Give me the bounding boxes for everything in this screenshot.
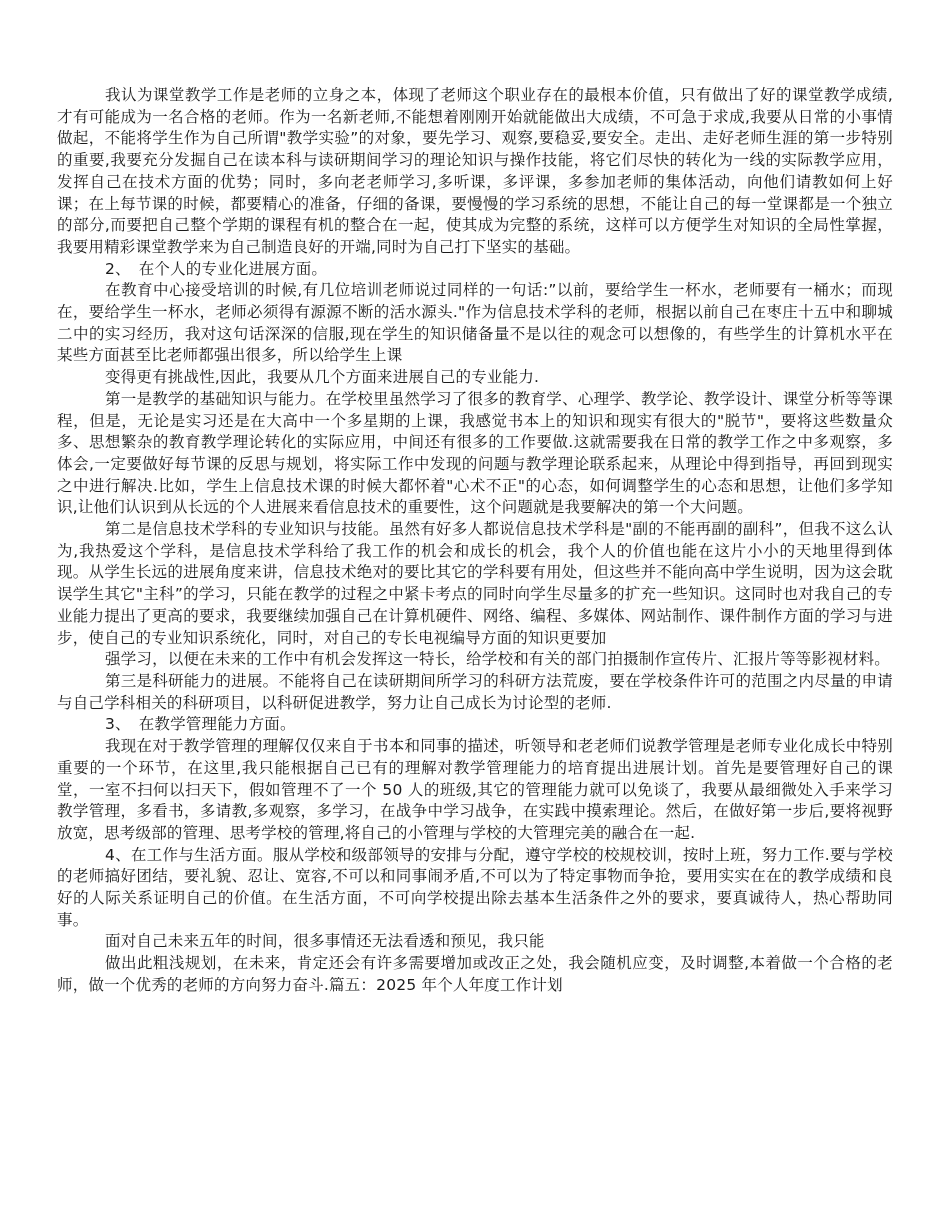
- paragraph: 变得更有挑战性,因此，我要从几个方面来进展自己的专业能力.: [57, 367, 893, 389]
- paragraph: 我认为课堂教学工作是老师的立身之本，体现了老师这个职业存在的最根本价值，只有做出…: [57, 85, 893, 259]
- paragraph: 第一是教学的基础知识与能力。在学校里虽然学习了很多的教育学、心理学、教学论、教学…: [57, 389, 893, 519]
- paragraph: 面对自己未来五年的时间，很多事情还无法看透和预见，我只能: [57, 931, 893, 953]
- paragraph: 强学习，以便在未来的工作中有机会发挥这一特长，给学校和有关的部门拍摄制作宣传片、…: [57, 649, 893, 671]
- paragraph: 在教育中心接受培训的时候,有几位培训老师说过同样的一句话:”以前，要给学生一杯水…: [57, 280, 893, 367]
- paragraph: 第二是信息技术学科的专业知识与技能。虽然有好多人都说信息技术学科是"副的不能再副…: [57, 519, 893, 649]
- paragraph: 第三是科研能力的进展。不能将自己在读研期间所学习的科研方法荒废，要在学校条件许可…: [57, 671, 893, 714]
- paragraph: 做出此粗浅规划，在未来，肯定还会有许多需要增加或改正之处，我会随机应变，及时调整…: [57, 953, 893, 996]
- paragraph: 4、在工作与生活方面。服从学校和级部领导的安排与分配，遵守学校的校规校训，按时上…: [57, 845, 893, 932]
- paragraph: 我现在对于教学管理的理解仅仅来自于书本和同事的描述，听领导和老老师们说教学管理是…: [57, 736, 893, 845]
- paragraph-section-heading: 2、 在个人的专业化进展方面。: [57, 259, 893, 281]
- document-page: 我认为课堂教学工作是老师的立身之本，体现了老师这个职业存在的最根本价值，只有做出…: [0, 0, 950, 1230]
- paragraph-section-heading: 3、 在教学管理能力方面。: [57, 714, 893, 736]
